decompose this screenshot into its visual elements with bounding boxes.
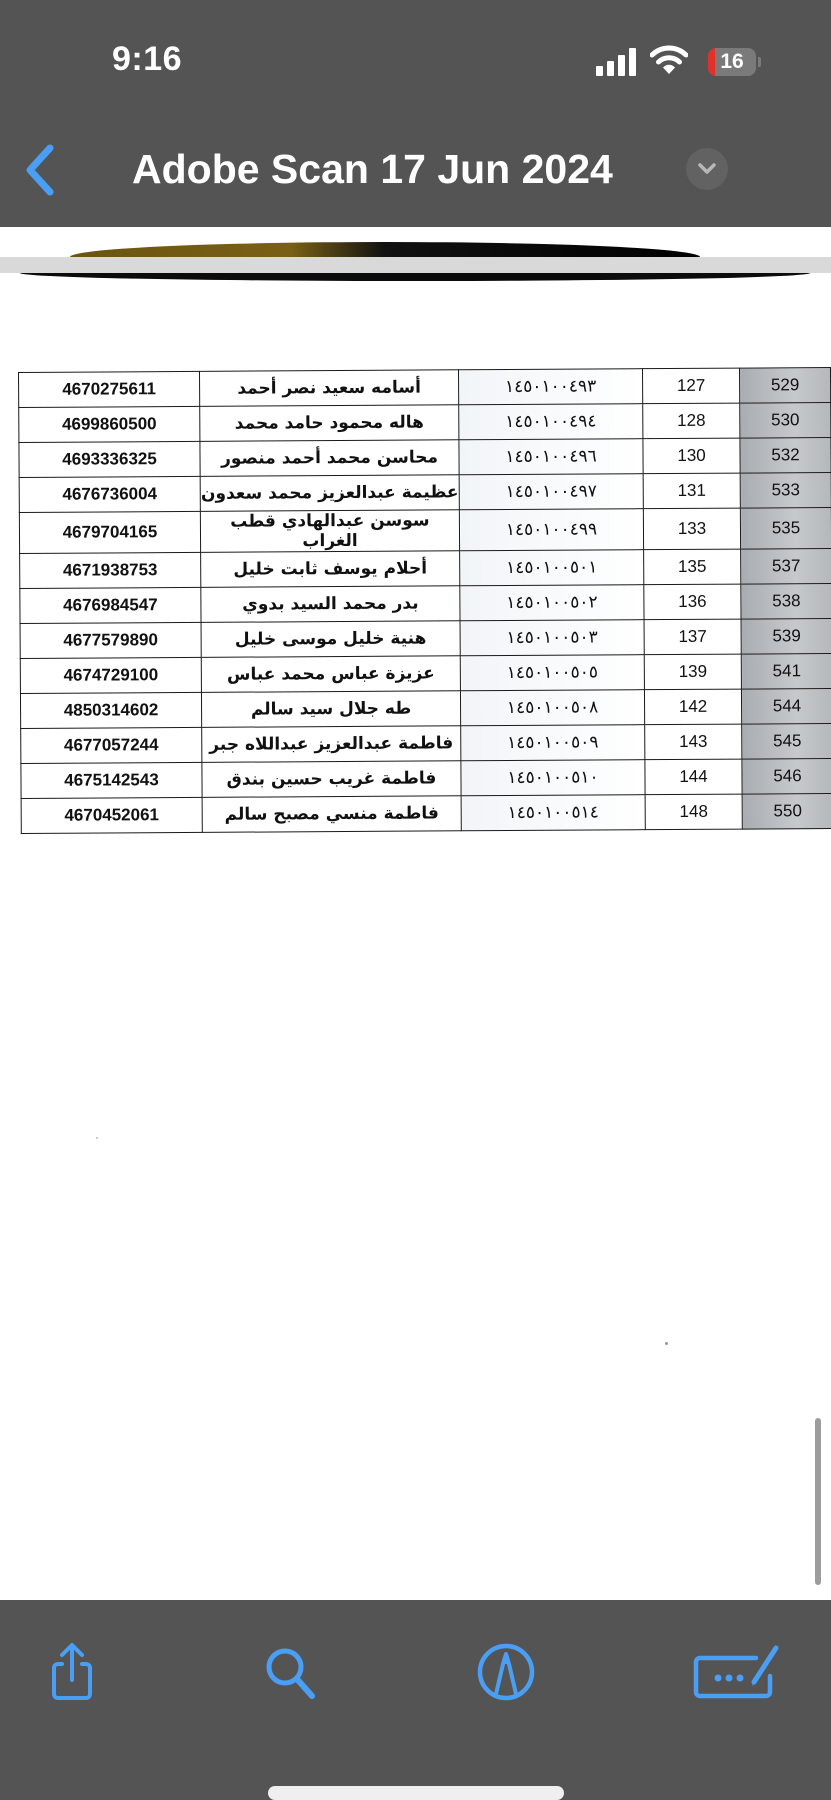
- page-divider: [0, 257, 831, 273]
- table-row: 4693336325محاسن محمد أحمد منصور١٤٥٠١٠٠٤٩…: [19, 438, 831, 478]
- code-cell: ١٤٥٠١٠٠٥١٠: [461, 760, 645, 796]
- id-cell: 4671938753: [20, 552, 201, 588]
- battery-percent: 16: [708, 50, 756, 74]
- table-row: 4676984547بدر محمد السيد بدوي١٤٥٠١٠٠٥٠٢1…: [20, 584, 831, 624]
- code-cell: ١٤٥٠١٠٠٤٩٣: [458, 369, 642, 405]
- chevron-left-icon[interactable]: [18, 140, 62, 200]
- sequence-cell: 532: [740, 438, 831, 474]
- signature-button[interactable]: [692, 1640, 784, 1704]
- code-cell: ١٤٥٠١٠٠٥٠٣: [460, 620, 644, 656]
- scanned-table: 4670275611أسامه سعيد نصر أحمد١٤٥٠١٠٠٤٩٣1…: [18, 367, 831, 834]
- number-cell: 144: [645, 759, 742, 795]
- number-cell: 133: [643, 508, 740, 550]
- id-cell: 4674729100: [20, 657, 201, 693]
- sequence-cell: 535: [740, 508, 831, 550]
- table-body: 4670275611أسامه سعيد نصر أحمد١٤٥٠١٠٠٤٩٣1…: [19, 368, 831, 834]
- vertical-scrollbar[interactable]: [815, 1418, 821, 1585]
- sequence-cell: 546: [742, 759, 831, 795]
- title-menu-button[interactable]: [686, 148, 728, 190]
- status-time: 9:16: [112, 40, 182, 79]
- markup-icon: [474, 1640, 538, 1704]
- sequence-cell: 529: [739, 368, 830, 404]
- id-cell: 4850314602: [20, 692, 201, 728]
- scan-speck: [665, 1342, 668, 1345]
- id-cell: 4676736004: [19, 476, 200, 512]
- id-cell: 4693336325: [19, 441, 200, 477]
- name-cell: عظيمة عبدالعزيز محمد سعدون: [200, 475, 459, 512]
- share-button[interactable]: [40, 1640, 104, 1704]
- search-icon: [258, 1640, 322, 1704]
- sequence-cell: 545: [742, 724, 831, 760]
- id-cell: 4670275611: [19, 371, 200, 407]
- sequence-cell: 550: [742, 794, 831, 830]
- table-row: 4670452061فاطمة منسي مصبح سالم١٤٥٠١٠٠٥١٤…: [21, 794, 831, 834]
- share-icon: [40, 1640, 104, 1704]
- battery-icon: 16: [708, 48, 756, 76]
- table-row: 4676736004عظيمة عبدالعزيز محمد سعدون١٤٥٠…: [19, 473, 831, 513]
- nav-bar: Adobe Scan 17 Jun 2024: [0, 110, 831, 227]
- sequence-cell: 541: [741, 654, 831, 690]
- number-cell: 143: [645, 724, 742, 760]
- number-cell: 137: [644, 619, 741, 655]
- id-cell: 4676984547: [20, 587, 201, 623]
- name-cell: فاطمة منسي مصبح سالم: [202, 796, 461, 833]
- id-cell: 4670452061: [21, 797, 202, 833]
- name-cell: فاطمة عبدالعزيز عبداللاه جبر: [202, 726, 461, 763]
- signal-icon: [596, 48, 640, 76]
- document-title: Adobe Scan 17 Jun 2024: [132, 146, 613, 193]
- table-row: 4699860500هاله محمود حامد محمد١٤٥٠١٠٠٤٩٤…: [19, 403, 831, 443]
- number-cell: 128: [643, 403, 740, 439]
- code-cell: ١٤٥٠١٠٠٤٩٤: [459, 404, 643, 440]
- code-cell: ١٤٥٠١٠٠٥١٤: [461, 795, 645, 831]
- name-cell: فاطمة غريب حسين بندق: [202, 761, 461, 798]
- wifi-icon: [650, 44, 688, 76]
- sequence-cell: 533: [740, 473, 831, 509]
- sequence-cell: 539: [741, 619, 831, 655]
- code-cell: ١٤٥٠١٠٠٤٩٩: [459, 509, 643, 551]
- id-cell: 4677579890: [20, 622, 201, 658]
- number-cell: 135: [644, 549, 741, 585]
- name-cell: أحلام يوسف ثابت خليل: [201, 551, 460, 588]
- table-row: 4675142543فاطمة غريب حسين بندق١٤٥٠١٠٠٥١٠…: [21, 759, 831, 799]
- battery-cap: [758, 57, 761, 67]
- id-cell: 4675142543: [21, 762, 202, 798]
- chevron-down-icon: [686, 148, 728, 190]
- sequence-cell: 530: [740, 403, 831, 439]
- table-row: 4850314602طه جلال سيد سالم١٤٥٠١٠٠٥٠٨1425…: [20, 689, 831, 729]
- table-row: 4677579890هنية خليل موسى خليل١٤٥٠١٠٠٥٠٣1…: [20, 619, 831, 659]
- table-row: 4674729100عزيزة عباس محمد عباس١٤٥٠١٠٠٥٠٥…: [20, 654, 831, 694]
- number-cell: 127: [642, 368, 739, 404]
- name-cell: سوسن عبدالهادي قطب الغراب: [200, 510, 459, 553]
- number-cell: 142: [644, 689, 741, 725]
- code-cell: ١٤٥٠١٠٠٤٩٦: [459, 439, 643, 475]
- id-cell: 4677057244: [21, 727, 202, 763]
- sequence-cell: 538: [741, 584, 831, 620]
- status-bar: 9:16 16: [0, 0, 831, 110]
- id-cell: 4679704165: [19, 511, 200, 553]
- name-cell: محاسن محمد أحمد منصور: [200, 440, 459, 477]
- id-cell: 4699860500: [19, 406, 200, 442]
- sequence-cell: 537: [741, 549, 831, 585]
- code-cell: ١٤٥٠١٠٠٥٠١: [460, 550, 644, 586]
- name-cell: هاله محمود حامد محمد: [200, 405, 459, 442]
- sequence-cell: 544: [741, 689, 831, 725]
- scan-speck: [96, 1137, 98, 1139]
- table-row: 4677057244فاطمة عبدالعزيز عبداللاه جبر١٤…: [21, 724, 831, 764]
- bottom-toolbar: [0, 1600, 831, 1800]
- name-cell: عزيزة عباس محمد عباس: [201, 656, 460, 693]
- number-cell: 148: [645, 794, 742, 830]
- code-cell: ١٤٥٠١٠٠٥٠٥: [460, 655, 644, 691]
- markup-button[interactable]: [474, 1640, 538, 1704]
- name-cell: هنية خليل موسى خليل: [201, 621, 460, 658]
- name-cell: أسامه سعيد نصر أحمد: [199, 370, 458, 407]
- number-cell: 130: [643, 438, 740, 474]
- search-button[interactable]: [258, 1640, 322, 1704]
- table-row: 4671938753أحلام يوسف ثابت خليل١٤٥٠١٠٠٥٠١…: [20, 549, 831, 589]
- signature-icon: [692, 1640, 784, 1704]
- code-cell: ١٤٥٠١٠٠٥٠٢: [460, 585, 644, 621]
- number-cell: 139: [644, 654, 741, 690]
- name-cell: بدر محمد السيد بدوي: [201, 586, 460, 623]
- number-cell: 131: [643, 473, 740, 509]
- number-cell: 136: [644, 584, 741, 620]
- table-row: 4679704165سوسن عبدالهادي قطب الغراب١٤٥٠١…: [19, 508, 831, 554]
- name-cell: طه جلال سيد سالم: [201, 691, 460, 728]
- code-cell: ١٤٥٠١٠٠٥٠٨: [460, 690, 644, 726]
- code-cell: ١٤٥٠١٠٠٤٩٧: [459, 474, 643, 510]
- home-indicator[interactable]: [268, 1786, 564, 1800]
- code-cell: ١٤٥٠١٠٠٥٠٩: [461, 725, 645, 761]
- table-row: 4670275611أسامه سعيد نصر أحمد١٤٥٠١٠٠٤٩٣1…: [19, 368, 831, 408]
